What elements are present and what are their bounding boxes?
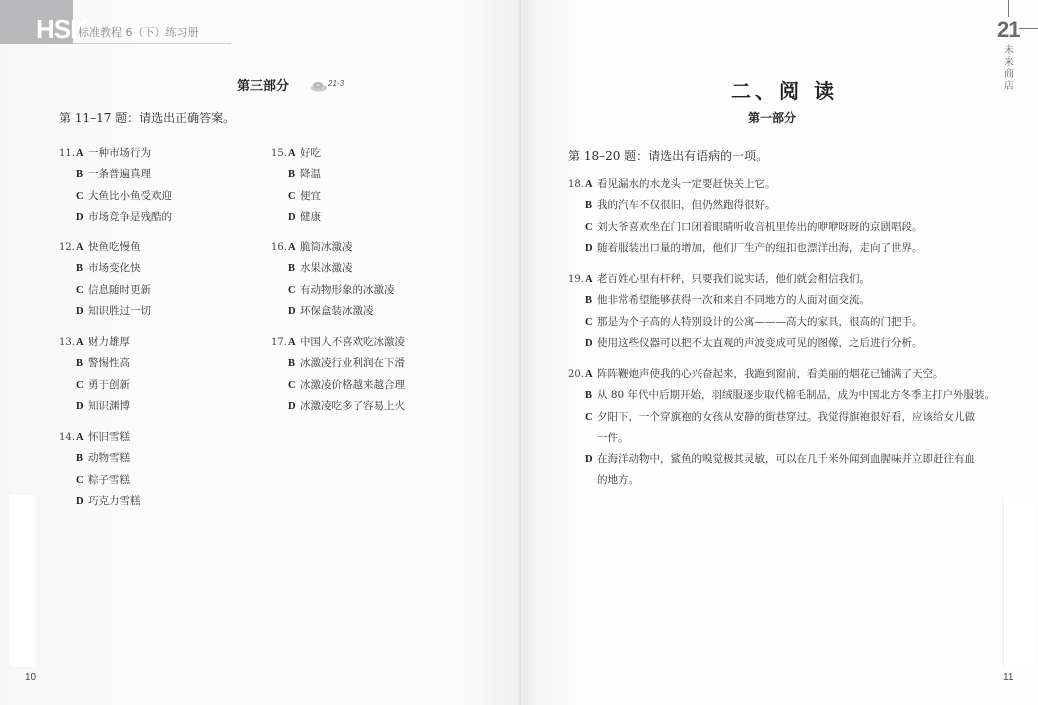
question-15: 15.A好吃 B降温 C便宜 D健康 [271,143,321,228]
option-text: 看见漏水的水龙头一定要赶快关上它。 [597,174,776,195]
option-text: 怀旧雪糕 [88,427,130,448]
question-number: 13. [59,332,76,353]
option-letter: D [585,449,597,470]
option-letter: B [76,258,88,279]
option-text: 一条普遍真理 [88,164,151,185]
option-letter: B [288,353,300,374]
question-13: 13.A财力雄厚 B警惕性高 C勇于创新 D知识渊博 [59,332,130,417]
instruction-18-20: 第 18–20 题：请选出有语病的一项。 [568,147,768,164]
option-text: 财力雄厚 [88,332,130,353]
option-text: 一种市场行为 [88,143,151,164]
option-text: 随着服装出口量的增加，他们厂生产的纽扣也漂洋出海，走向了世界。 [597,238,923,259]
option-text: 使用这些仪器可以把不太直观的声波变成可见的图像，之后进行分析。 [597,333,923,354]
option-text: 冰激凌行业利润在下滑 [300,353,405,374]
option-text-continued: 的地方。 [597,470,639,491]
option-text: 刘大爷喜欢坐在门口闭着眼睛听收音机里传出的咿咿呀呀的京剧唱段。 [597,217,923,238]
header-divider [73,43,231,44]
book-gutter [517,0,523,705]
instruction-11-17: 第 11–17 题：请选出正确答案。 [59,109,235,126]
option-letter: A [76,237,88,258]
option-text: 好吃 [300,143,321,164]
section-title: 第三部分 [237,75,289,94]
option-letter: C [288,280,300,301]
option-text: 动物雪糕 [88,448,130,469]
question-number: 11. [59,143,76,164]
option-text: 信息随时更新 [88,280,151,301]
option-text: 那是为个子高的人特别设计的公寓———高大的家具，很高的门把手。 [597,312,923,333]
option-letter: C [585,312,597,333]
question-19: 19.A老百姓心里有杆秤，只要我们说实话，他们就会相信我们。 B他非常希望能够获… [568,269,923,354]
question-number: 14. [59,427,76,448]
page-number: 10 [25,672,36,683]
option-text: 从 80 年代中后期开始，羽绒服逐步取代棉毛制品，成为中国北方冬季主打户外服装。 [597,385,995,406]
chapter-marker-line [1008,0,1009,17]
option-text: 勇于创新 [88,375,130,396]
question-14: 14.A怀旧雪糕 B动物雪糕 C粽子雪糕 D巧克力雪糕 [59,427,141,512]
option-text: 便宜 [300,186,321,207]
audio-cd-icon [310,77,328,89]
option-letter: C [288,375,300,396]
option-letter: B [585,385,597,406]
question-20: 20.A阵阵鞭炮声使我的心兴奋起来，我跑到窗前，看美丽的烟花已铺满了天空。 B从… [568,364,995,492]
option-letter: D [76,207,88,228]
option-letter: C [585,407,597,428]
option-text: 市场竞争是残酷的 [88,207,172,228]
option-letter: B [76,353,88,374]
option-text: 他非常希望能够获得一次和来自不同地方的人面对面交流。 [597,290,870,311]
chapter-marker-line [1019,28,1038,29]
option-letter: C [76,186,88,207]
chapter-number: 21 [997,17,1019,43]
option-text: 我的汽车不仅很旧，但仍然跑得很好。 [597,195,776,216]
question-16: 16.A脆筒冰激凌 B水果冰激凌 C有动物形象的冰激凌 D环保盒装冰激凌 [271,237,395,322]
option-letter: B [76,448,88,469]
page-edge-strip [1003,500,1034,665]
option-letter: A [288,237,300,258]
option-letter: A [76,143,88,164]
option-text: 降温 [300,164,321,185]
option-text: 有动物形象的冰激凌 [300,280,395,301]
option-letter: C [288,186,300,207]
question-number: 12. [59,237,76,258]
question-number: 20. [568,364,585,385]
option-letter: A [585,269,597,290]
option-letter: A [585,364,597,385]
option-letter: B [76,164,88,185]
option-text: 脆筒冰激凌 [300,237,353,258]
chapter-name: 未来商店 [1003,45,1015,93]
option-letter: B [288,164,300,185]
option-text-continued: 一件。 [597,428,629,449]
option-letter: B [585,195,597,216]
question-17: 17.A中国人不喜欢吃冰激凌 B冰激凌行业利润在下滑 C冰激凌价格越来越合理 D… [271,332,405,417]
option-text: 知识胜过一切 [88,301,151,322]
left-page: HSK 标准教程 6（下）练习册 第三部分 21-3 第 11–17 题：请选出… [0,0,519,705]
option-letter: D [288,396,300,417]
option-letter: C [76,470,88,491]
question-11: 11.A一种市场行为 B一条普遍真理 C大鱼比小鱼受欢迎 D市场竞争是残酷的 [59,143,172,228]
option-text: 水果冰激凌 [300,258,353,279]
question-number: 15. [271,143,288,164]
audio-track-number: 21-3 [328,79,344,88]
question-number: 16. [271,237,288,258]
page-edge-strip [10,495,35,667]
option-letter: D [76,301,88,322]
option-text: 巧克力雪糕 [88,491,141,512]
question-number: 18. [568,174,585,195]
option-text: 在海洋动物中，鲨鱼的嗅觉极其灵敏，可以在几千米外闻到血腥味并立即赶往有血 [597,449,975,470]
option-letter: D [585,238,597,259]
page-number: 11 [1003,672,1013,683]
option-letter: A [288,143,300,164]
option-letter: A [288,332,300,353]
book-title: 标准教程 6（下）练习册 [78,24,199,40]
option-letter: A [76,332,88,353]
section-title: 二、阅 读 [731,75,838,104]
option-text: 健康 [300,207,321,228]
option-text: 大鱼比小鱼受欢迎 [88,186,172,207]
hsk-logo-block: HSK [0,0,73,44]
option-letter: B [585,290,597,311]
option-text: 阵阵鞭炮声使我的心兴奋起来，我跑到窗前，看美丽的烟花已铺满了天空。 [597,364,944,385]
option-text: 环保盒装冰激凌 [300,301,374,322]
option-letter: D [288,207,300,228]
option-text: 冰激凌价格越来越合理 [300,375,405,396]
option-text: 粽子雪糕 [88,470,130,491]
option-text: 快鱼吃慢鱼 [88,237,141,258]
option-text: 市场变化快 [88,258,141,279]
part-title: 第一部分 [748,109,796,126]
option-letter: B [288,258,300,279]
option-letter: C [76,280,88,301]
option-letter: D [585,333,597,354]
question-18: 18.A看见漏水的水龙头一定要赶快关上它。 B我的汽车不仅很旧，但仍然跑得很好。… [568,174,923,259]
question-number: 19. [568,269,585,290]
option-letter: D [76,396,88,417]
option-letter: D [76,491,88,512]
option-letter: C [585,217,597,238]
question-number: 17. [271,332,288,353]
option-letter: A [76,427,88,448]
option-letter: D [288,301,300,322]
option-text: 老百姓心里有杆秤，只要我们说实话，他们就会相信我们。 [597,269,870,290]
option-text: 警惕性高 [88,353,130,374]
option-text: 中国人不喜欢吃冰激凌 [300,332,405,353]
question-12: 12.A快鱼吃慢鱼 B市场变化快 C信息随时更新 D知识胜过一切 [59,237,151,322]
option-letter: C [76,375,88,396]
option-text: 冰激凌吃多了容易上火 [300,396,405,417]
option-text: 知识渊博 [88,396,130,417]
option-letter: A [585,174,597,195]
option-text: 夕阳下，一个穿旗袍的女孩从安静的街巷穿过。我觉得旗袍很好看，应该给女儿做 [597,407,975,428]
